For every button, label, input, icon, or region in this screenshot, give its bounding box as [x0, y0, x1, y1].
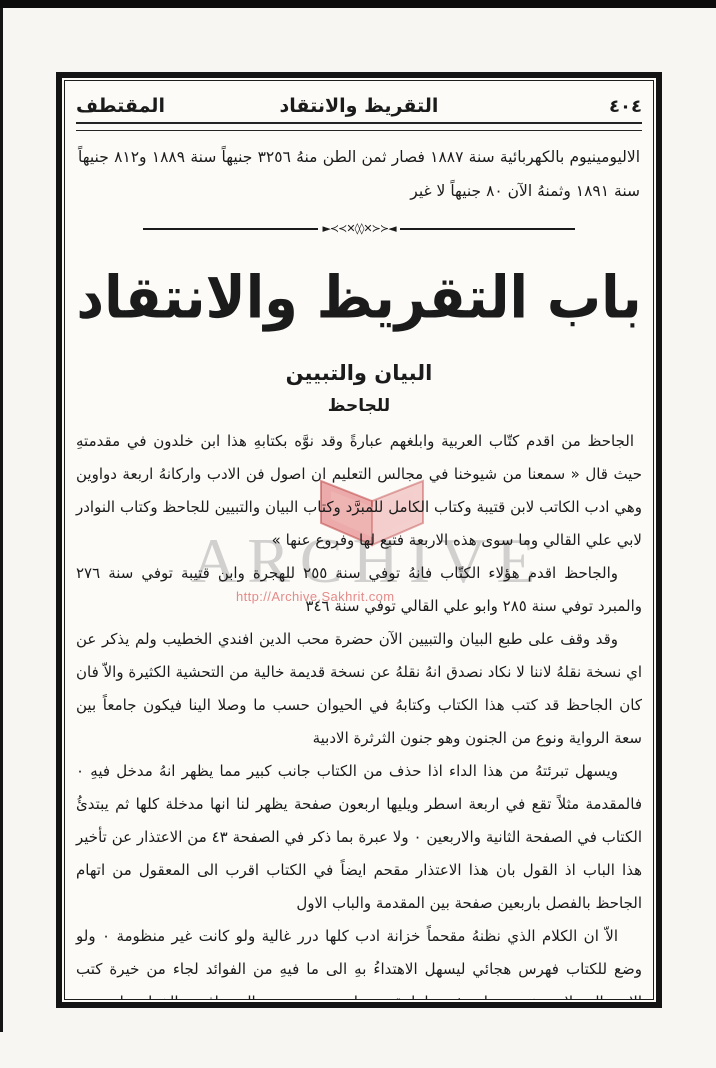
- body-paragraph: الجاحظ من اقدم كتّاب العربية وابلغهم عبا…: [76, 425, 642, 557]
- scan-edge-top-bar: [0, 0, 716, 8]
- divider-line-right: [400, 228, 575, 230]
- intro-paragraph: الاليومينيوم بالكهربائية سنة ١٨٨٧ فصار ث…: [78, 140, 640, 208]
- page-header: ٤٠٤ التقريظ والانتقاد المقتطف: [76, 87, 642, 117]
- article-body: الجاحظ من اقدم كتّاب العربية وابلغهم عبا…: [76, 425, 642, 1000]
- header-double-rule: [76, 122, 642, 131]
- page-content-area: ARCHIVE http://Archive.Sakhrit.com ٤٠٤ ا…: [64, 80, 654, 1000]
- scan-edge-left-line: [0, 8, 3, 1032]
- divider-line-left: [143, 228, 318, 230]
- magazine-name: المقتطف: [76, 95, 171, 117]
- scanned-page: { "scan": { "paper_color": "#fcfbf8", "b…: [0, 0, 716, 1068]
- body-paragraph: الاّ ان الكلام الذي نظنهُ مقحماً خزانة ا…: [76, 920, 642, 1000]
- ornament-divider: ►≺≺✕◊◊✕≻≻◄: [143, 222, 575, 235]
- body-paragraph: ويسهل تبرئتهُ من هذا الداء اذا حذف من ال…: [76, 755, 642, 920]
- book-title: البيان والتبيين: [76, 361, 642, 385]
- body-paragraph: وقد وقف على طبع البيان والتبيين الآن حضر…: [76, 623, 642, 755]
- divider-ornament: ►≺≺✕◊◊✕≻≻◄: [318, 222, 399, 235]
- calligraphic-chapter-title: باب التقريظ والانتقاد: [76, 237, 642, 358]
- book-author: للجاحظ: [76, 396, 642, 416]
- page-number: ٤٠٤: [547, 96, 642, 117]
- body-paragraph: والجاحظ اقدم هؤلاء الكتّاب فانهُ توفي سن…: [76, 557, 642, 623]
- page-border-frame: ARCHIVE http://Archive.Sakhrit.com ٤٠٤ ا…: [56, 72, 662, 1008]
- running-section-title: التقريظ والانتقاد: [171, 95, 547, 117]
